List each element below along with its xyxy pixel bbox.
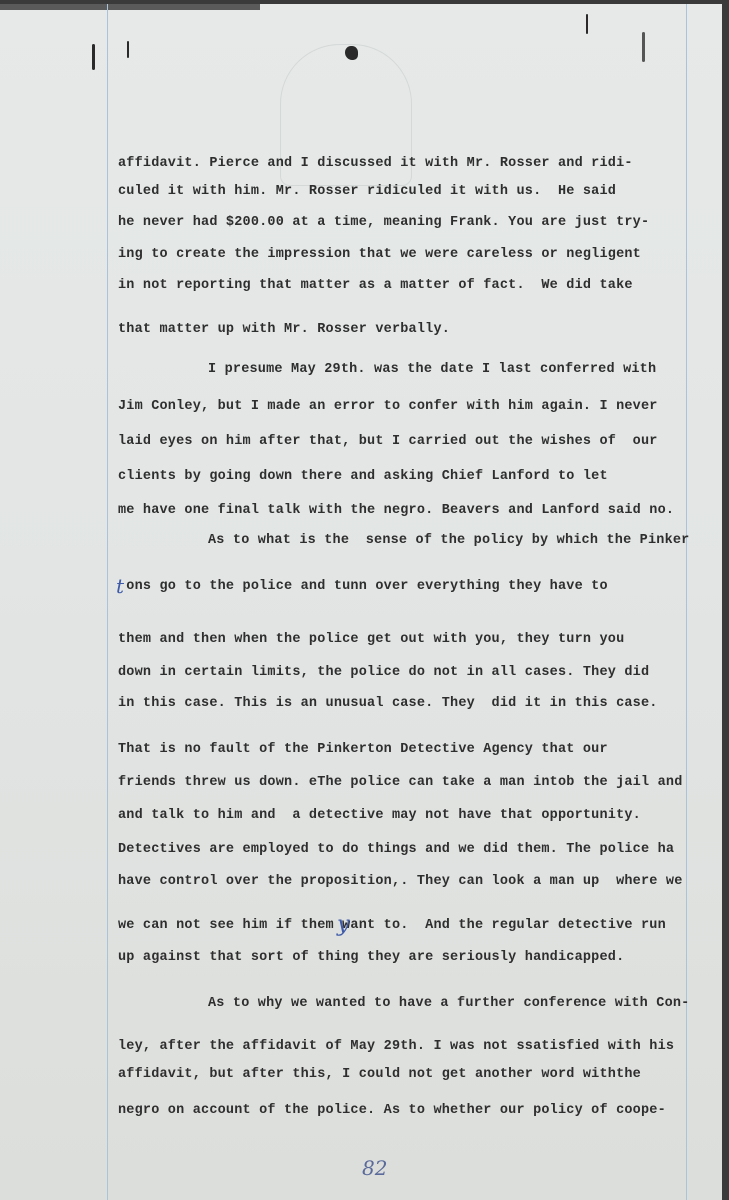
text-line: that matter up with Mr. Rosser verbally. <box>118 322 450 337</box>
punch-hole-icon <box>642 32 645 62</box>
text-line: negro on account of the police. As to wh… <box>118 1103 666 1118</box>
text-line: That is no fault of the Pinkerton Detect… <box>118 742 608 757</box>
text-line: and talk to him and a detective may not … <box>118 808 641 823</box>
text-line: culed it with him. Mr. Rosser ridiculed … <box>118 184 616 199</box>
text-line: laid eyes on him after that, but I carri… <box>118 434 658 449</box>
text-line: affidavit, but after this, I could not g… <box>118 1067 641 1082</box>
text-line: we can not see him if them want to. And … <box>118 918 666 933</box>
text-line: As to why we wanted to have a further co… <box>208 996 689 1011</box>
text-line: he never had $200.00 at a time, meaning … <box>118 215 649 230</box>
text-line: up against that sort of thing they are s… <box>118 950 624 965</box>
text-line: down in certain limits, the police do no… <box>118 665 649 680</box>
text-line: affidavit. Pierce and I discussed it wit… <box>118 156 633 171</box>
text-line: Detectives are employed to do things and… <box>118 842 674 857</box>
punch-hole-icon <box>92 44 95 70</box>
text-line: ing to create the impression that we wer… <box>118 247 641 262</box>
document-page: affidavit. Pierce and I discussed it wit… <box>0 4 722 1200</box>
text-line: in this case. This is an unusual case. T… <box>118 696 658 711</box>
text-line: ons go to the police and tunn over every… <box>118 579 608 594</box>
handwritten-page-number: 82 <box>362 1156 387 1180</box>
text-line: friends threw us down. eThe police can t… <box>118 775 683 790</box>
text-line: As to what is the sense of the policy by… <box>208 533 689 548</box>
text-line: I presume May 29th. was the date I last … <box>208 362 656 377</box>
text-line: clients by going down there and asking C… <box>118 469 608 484</box>
text-line: them and then when the police get out wi… <box>118 632 624 647</box>
handwritten-correction-y: y <box>337 912 349 937</box>
text-line: in not reporting that matter as a matter… <box>118 278 633 293</box>
text-line: me have one final talk with the negro. B… <box>118 503 674 518</box>
text-line: Jim Conley, but I made an error to confe… <box>118 399 658 414</box>
page-top-shadow <box>0 4 260 10</box>
punch-hole-icon <box>127 41 129 58</box>
punch-hole-icon <box>586 14 588 34</box>
right-margin-line <box>686 4 687 1200</box>
text-line: ley, after the affidavit of May 29th. I … <box>118 1039 674 1054</box>
handwritten-correction-t: t <box>116 574 124 598</box>
left-margin-line <box>107 4 108 1200</box>
text-line: have control over the proposition,. They… <box>118 874 683 889</box>
